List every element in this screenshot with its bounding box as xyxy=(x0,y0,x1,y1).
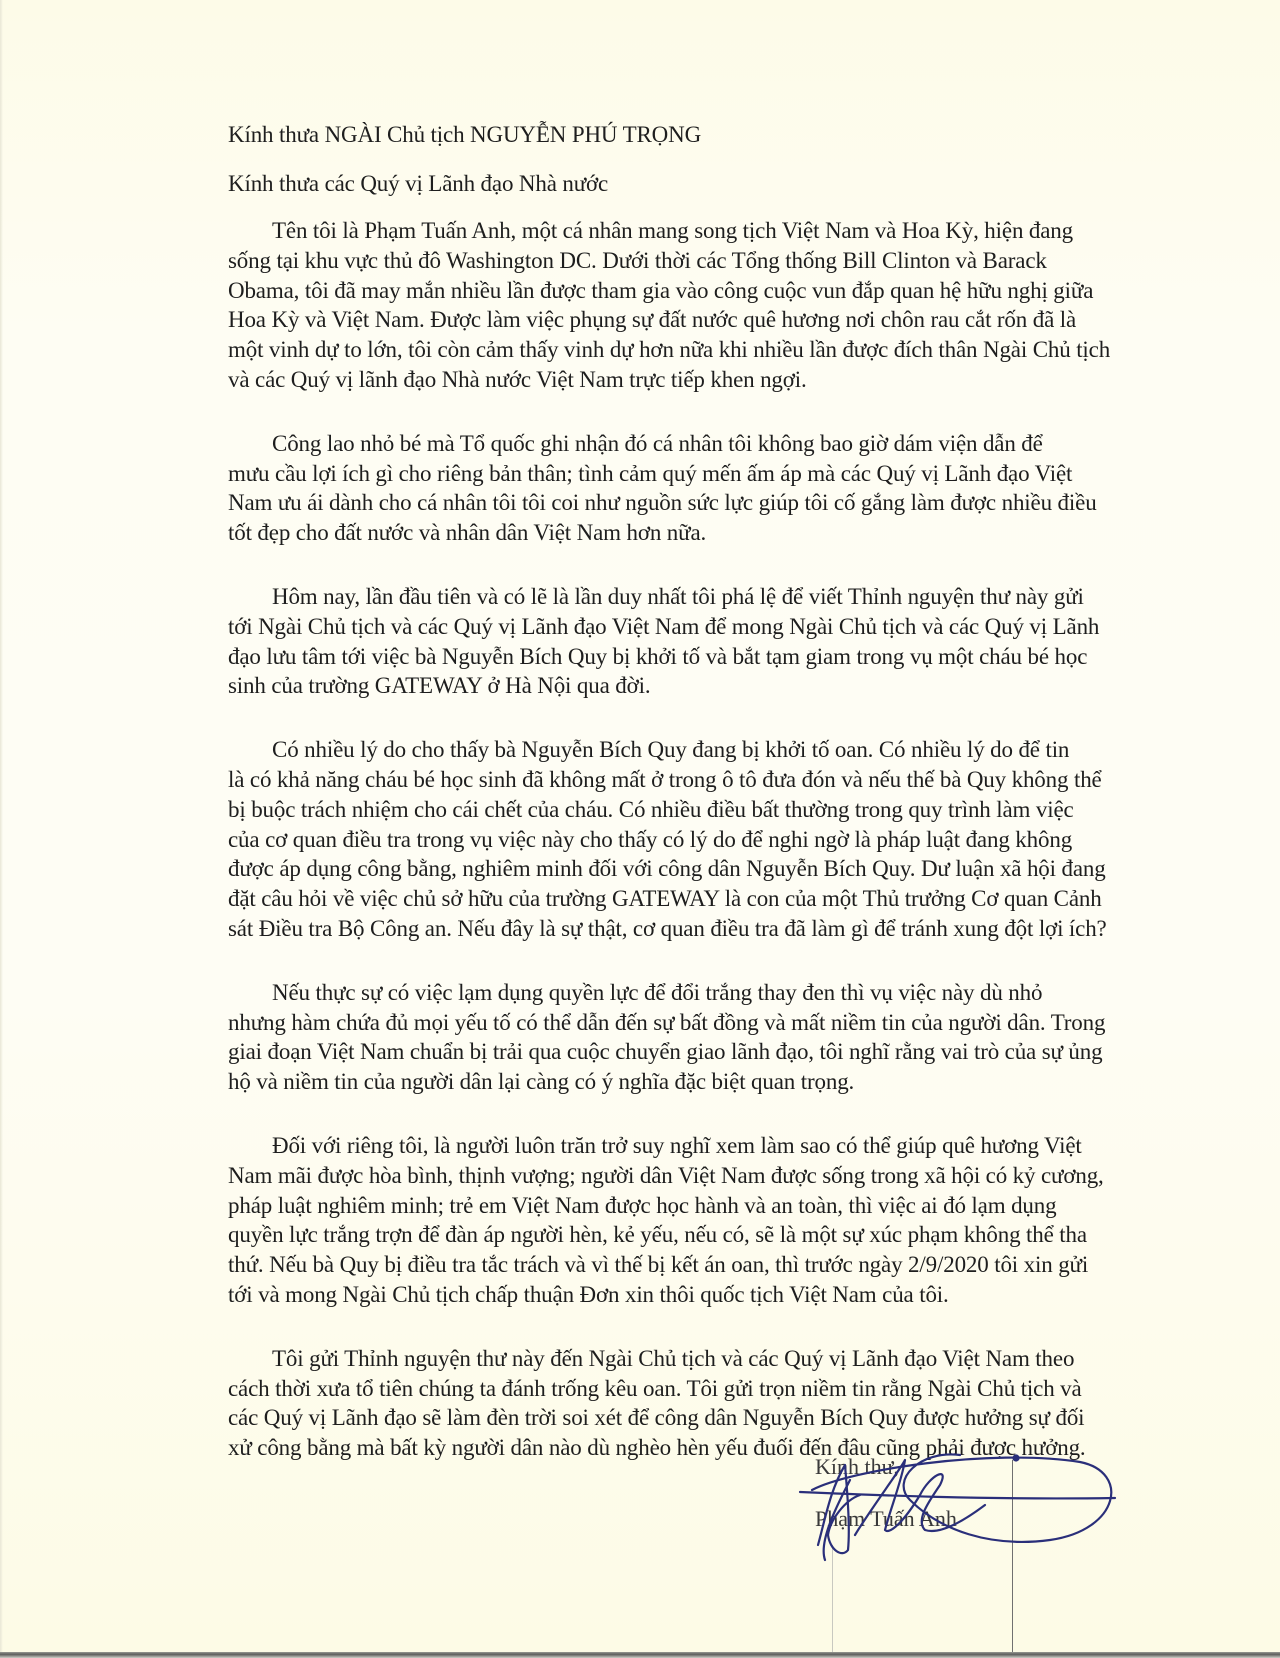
scan-line xyxy=(1012,1460,1013,1652)
paragraph-line: cách thời xưa tổ tiên chúng ta đánh trốn… xyxy=(228,1374,1108,1404)
scan-line xyxy=(832,1545,833,1652)
paragraph-line: Đối với riêng tôi, là người luôn trăn tr… xyxy=(228,1131,1108,1161)
paragraph-line: sát Điều tra Bộ Công an. Nếu đây là sự t… xyxy=(228,914,1108,944)
paragraph-line: nhưng hàm chứa đủ mọi yếu tố có thể dẫn … xyxy=(228,1008,1108,1038)
paragraph-line: Hoa Kỳ và Việt Nam. Được làm việc phụng … xyxy=(228,305,1108,335)
paragraph-line: Nếu thực sự có việc lạm dụng quyền lực đ… xyxy=(228,978,1108,1008)
paragraph-line: tới và mong Ngài Chủ tịch chấp thuận Đơn… xyxy=(228,1280,1108,1310)
paragraph-petition: Hôm nay, lần đầu tiên và có lẽ là lần du… xyxy=(228,582,1108,701)
salutation-leaders: Kính thưa các Quý vị Lãnh đạo Nhà nước xyxy=(228,169,1108,216)
paragraph-line: của cơ quan điều tra trong vụ việc này c… xyxy=(228,825,1108,855)
salutation-chairman: Kính thưa NGÀI Chủ tịch NGUYỄN PHÚ TRỌNG xyxy=(228,120,1108,169)
paragraph-line: Obama, tôi đã may mắn nhiều lần được tha… xyxy=(228,276,1108,306)
paragraph-line: tốt đẹp cho đất nước và nhân dân Việt Na… xyxy=(228,518,1108,548)
paragraph-line: tới Ngài Chủ tịch và các Quý vị Lãnh đạo… xyxy=(228,612,1108,642)
paragraph-line: đạo lưu tâm tới việc bà Nguyễn Bích Quy … xyxy=(228,642,1108,672)
paragraph-line: mưu cầu lợi ích gì cho riêng bản thân; t… xyxy=(228,459,1108,489)
paragraph-line: là có khả năng cháu bé học sinh đã không… xyxy=(228,765,1108,795)
paragraph-line: thứ. Nếu bà Quy bị điều tra tắc trách và… xyxy=(228,1250,1108,1280)
paragraph-personal-stance: Đối với riêng tôi, là người luôn trăn tr… xyxy=(228,1131,1108,1310)
paragraph-line: sống tại khu vực thủ đô Washington DC. D… xyxy=(228,246,1108,276)
page-left-edge xyxy=(0,0,3,1652)
letter-body: Kính thưa NGÀI Chủ tịch NGUYỄN PHÚ TRỌNG… xyxy=(228,120,1108,1497)
paragraph-conclusion: Tôi gửi Thỉnh nguyện thư này đến Ngài Ch… xyxy=(228,1344,1108,1463)
paragraph-line: các Quý vị Lãnh đạo sẽ làm đèn trời soi … xyxy=(228,1403,1108,1433)
paragraph-line: bị buộc trách nhiệm cho cái chết của chá… xyxy=(228,795,1108,825)
paragraph-line: đặt câu hỏi về việc chủ sở hữu của trườn… xyxy=(228,884,1108,914)
paragraph-line: được áp dụng công bằng, nghiêm minh đối … xyxy=(228,854,1108,884)
paragraph-contribution: Công lao nhỏ bé mà Tổ quốc ghi nhận đó c… xyxy=(228,429,1108,548)
paragraph-line: Nam mãi được hòa bình, thịnh vượng; ngườ… xyxy=(228,1161,1108,1191)
paragraph-line: giai đoạn Việt Nam chuẩn bị trải qua cuộ… xyxy=(228,1037,1108,1067)
paragraph-line: Tôi gửi Thỉnh nguyện thư này đến Ngài Ch… xyxy=(228,1344,1108,1374)
signer-name: Phạm Tuấn Anh xyxy=(815,1504,957,1534)
page-bottom-edge xyxy=(0,1652,1280,1658)
paragraph-line: xử công bằng mà bất kỳ người dân nào dù … xyxy=(228,1433,1108,1463)
paragraph-line: Có nhiều lý do cho thấy bà Nguyễn Bích Q… xyxy=(228,735,1108,765)
paragraph-abuse-of-power: Nếu thực sự có việc lạm dụng quyền lực đ… xyxy=(228,978,1108,1097)
paragraph-line: sinh của trường GATEWAY ở Hà Nội qua đời… xyxy=(228,671,1108,701)
paragraph-line: Tên tôi là Phạm Tuấn Anh, một cá nhân ma… xyxy=(228,216,1108,246)
paragraph-line: pháp luật nghiêm minh; trẻ em Việt Nam đ… xyxy=(228,1191,1108,1221)
paragraph-line: và các Quý vị lãnh đạo Nhà nước Việt Nam… xyxy=(228,365,1108,395)
paragraph-line: hộ và niềm tin của người dân lại càng có… xyxy=(228,1067,1108,1097)
paragraph-introduction: Tên tôi là Phạm Tuấn Anh, một cá nhân ma… xyxy=(228,216,1108,395)
paragraph-reasons: Có nhiều lý do cho thấy bà Nguyễn Bích Q… xyxy=(228,735,1108,944)
paragraph-line: một vinh dự to lớn, tôi còn cảm thấy vin… xyxy=(228,335,1108,365)
paragraph-line: Hôm nay, lần đầu tiên và có lẽ là lần du… xyxy=(228,582,1108,612)
closing-phrase: Kính thư, xyxy=(815,1454,899,1479)
paragraph-line: Nam ưu ái dành cho cá nhân tôi tôi coi n… xyxy=(228,488,1108,518)
paragraph-line: quyền lực trắng trợn để đàn áp người hèn… xyxy=(228,1220,1108,1250)
paragraph-line: Công lao nhỏ bé mà Tổ quốc ghi nhận đó c… xyxy=(228,429,1108,459)
letter-closing: Kính thư, Phạm Tuấn Anh xyxy=(815,1452,957,1534)
